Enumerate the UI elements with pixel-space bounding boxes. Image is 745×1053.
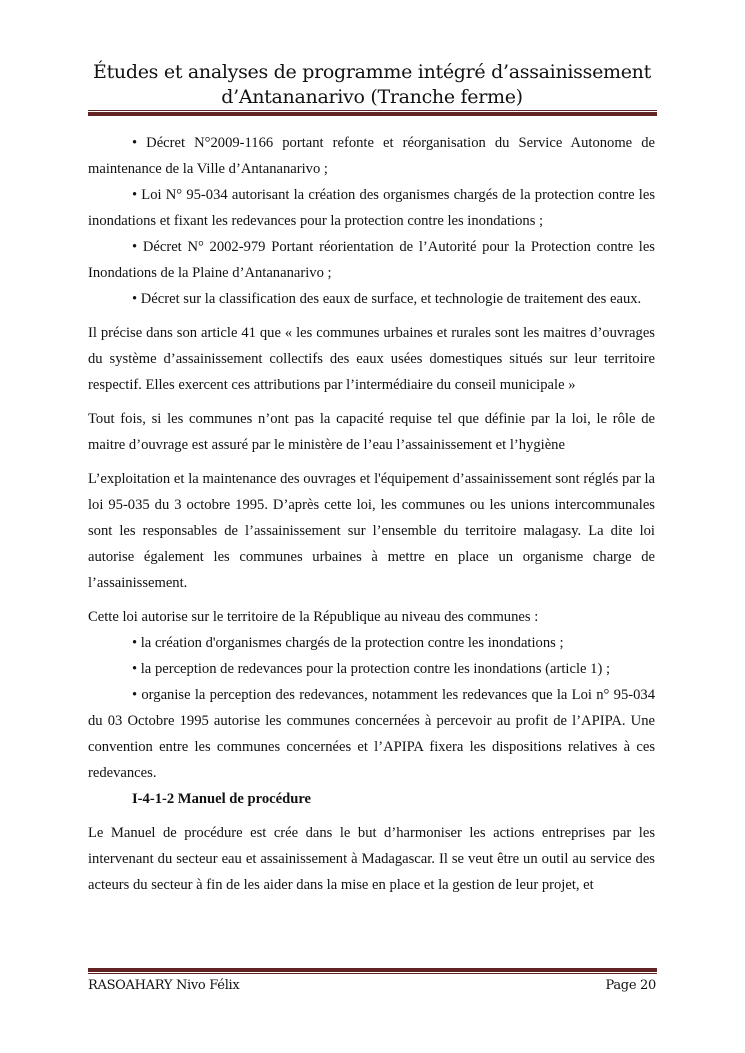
running-header: Études et analyses de programme intégré … [88,60,656,110]
list-item: • Décret N°2009-1166 portant refonte et … [88,130,655,182]
header-title-line2: d’Antananarivo (Tranche ferme) [88,85,656,110]
header-title-line1: Études et analyses de programme intégré … [88,60,656,85]
list-item: • la création d'organismes chargés de la… [88,630,655,656]
footer-author: RASOAHARY Nivo Félix [88,978,239,993]
page-number: Page 20 [605,978,656,993]
paragraph-cette-loi: Cette loi autorise sur le territoire de … [88,604,655,630]
paragraph-manuel: Le Manuel de procédure est crée dans le … [88,820,655,898]
header-rule-thin [88,110,657,111]
footer-rule-thick [88,968,657,972]
list-item: • la perception de redevances pour la pr… [88,656,655,682]
list-item: • organise la perception des redevances,… [88,682,655,786]
body-text: • Décret N°2009-1166 portant refonte et … [88,130,655,898]
section-heading: I-4-1-2 Manuel de procédure [88,786,655,812]
running-footer: RASOAHARY Nivo Félix Page 20 [88,975,656,995]
list-item: • Loi N° 95-034 autorisant la création d… [88,182,655,234]
list-item: • Décret N° 2002-979 Portant réorientati… [88,234,655,286]
paragraph-tout-fois: Tout fois, si les communes n’ont pas la … [88,406,655,458]
list-item: • Décret sur la classification des eaux … [88,286,655,312]
document-page: Études et analyses de programme intégré … [0,0,745,1053]
footer-rule-thin [88,973,657,974]
paragraph-exploitation: L’exploitation et la maintenance des ouv… [88,466,655,596]
header-rule-thick [88,112,657,116]
paragraph-article-41: Il précise dans son article 41 que « les… [88,320,655,398]
